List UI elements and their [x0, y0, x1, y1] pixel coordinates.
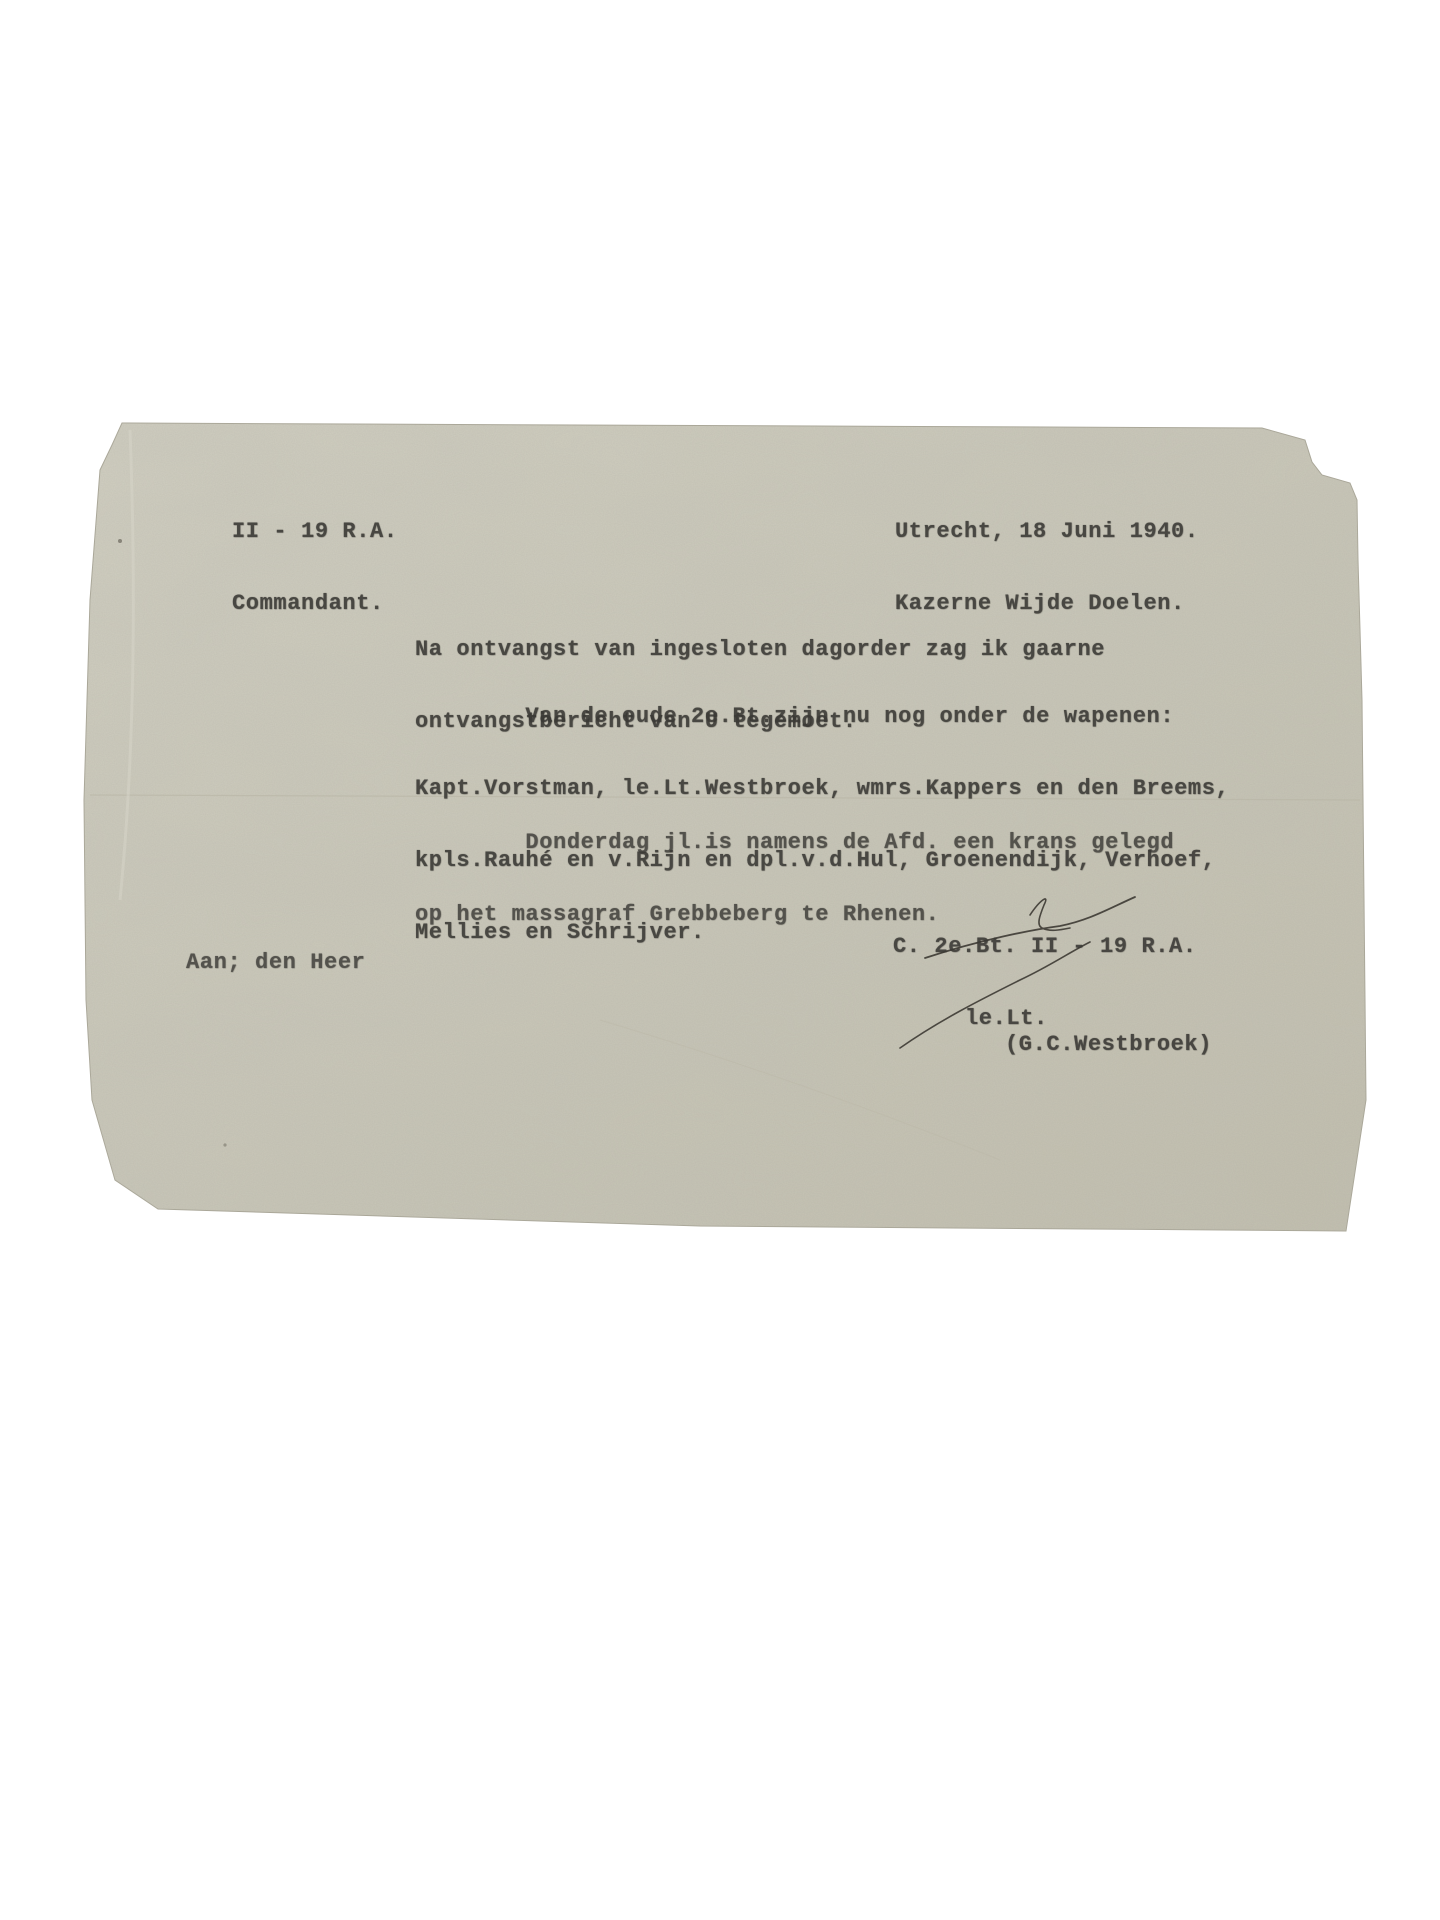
sender-title: Commandant. [232, 592, 398, 616]
place-date: Utrecht, 18 Juni 1940. [895, 520, 1199, 544]
sender-unit: II - 19 R.A. [232, 520, 398, 544]
signatory-name-block: (G.C.Westbroek) [1005, 985, 1212, 1081]
sender-unit-block: II - 19 R.A. Commandant. [232, 472, 398, 640]
body-line: Van de oude 2e.Bt.zijn nu nog onder de w… [415, 705, 1229, 729]
addressee: Aan; den Heer [186, 903, 365, 999]
signatory-name: (G.C.Westbroek) [1005, 1033, 1212, 1057]
body-line: Donderdag jl.is namens de Afd. een krans… [415, 831, 1174, 855]
addressee-line: Aan; den Heer [186, 951, 365, 975]
signatory-unit: C. 2e.Bt. II - 19 R.A. [893, 935, 1197, 959]
